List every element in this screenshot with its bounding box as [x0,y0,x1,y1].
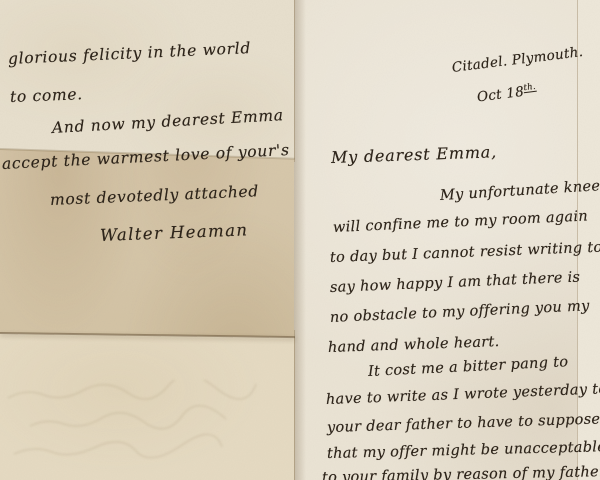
left-line-2: to come. [10,85,84,106]
page-gap-shadow [294,0,306,480]
left-underlying-sheet [0,330,295,480]
left-page-top-panel [0,0,295,162]
letter-photograph: glorious felicity in the world to come. … [0,0,600,480]
letter-right-page [288,0,600,480]
date-ordinal-suffix: th. [523,81,537,93]
